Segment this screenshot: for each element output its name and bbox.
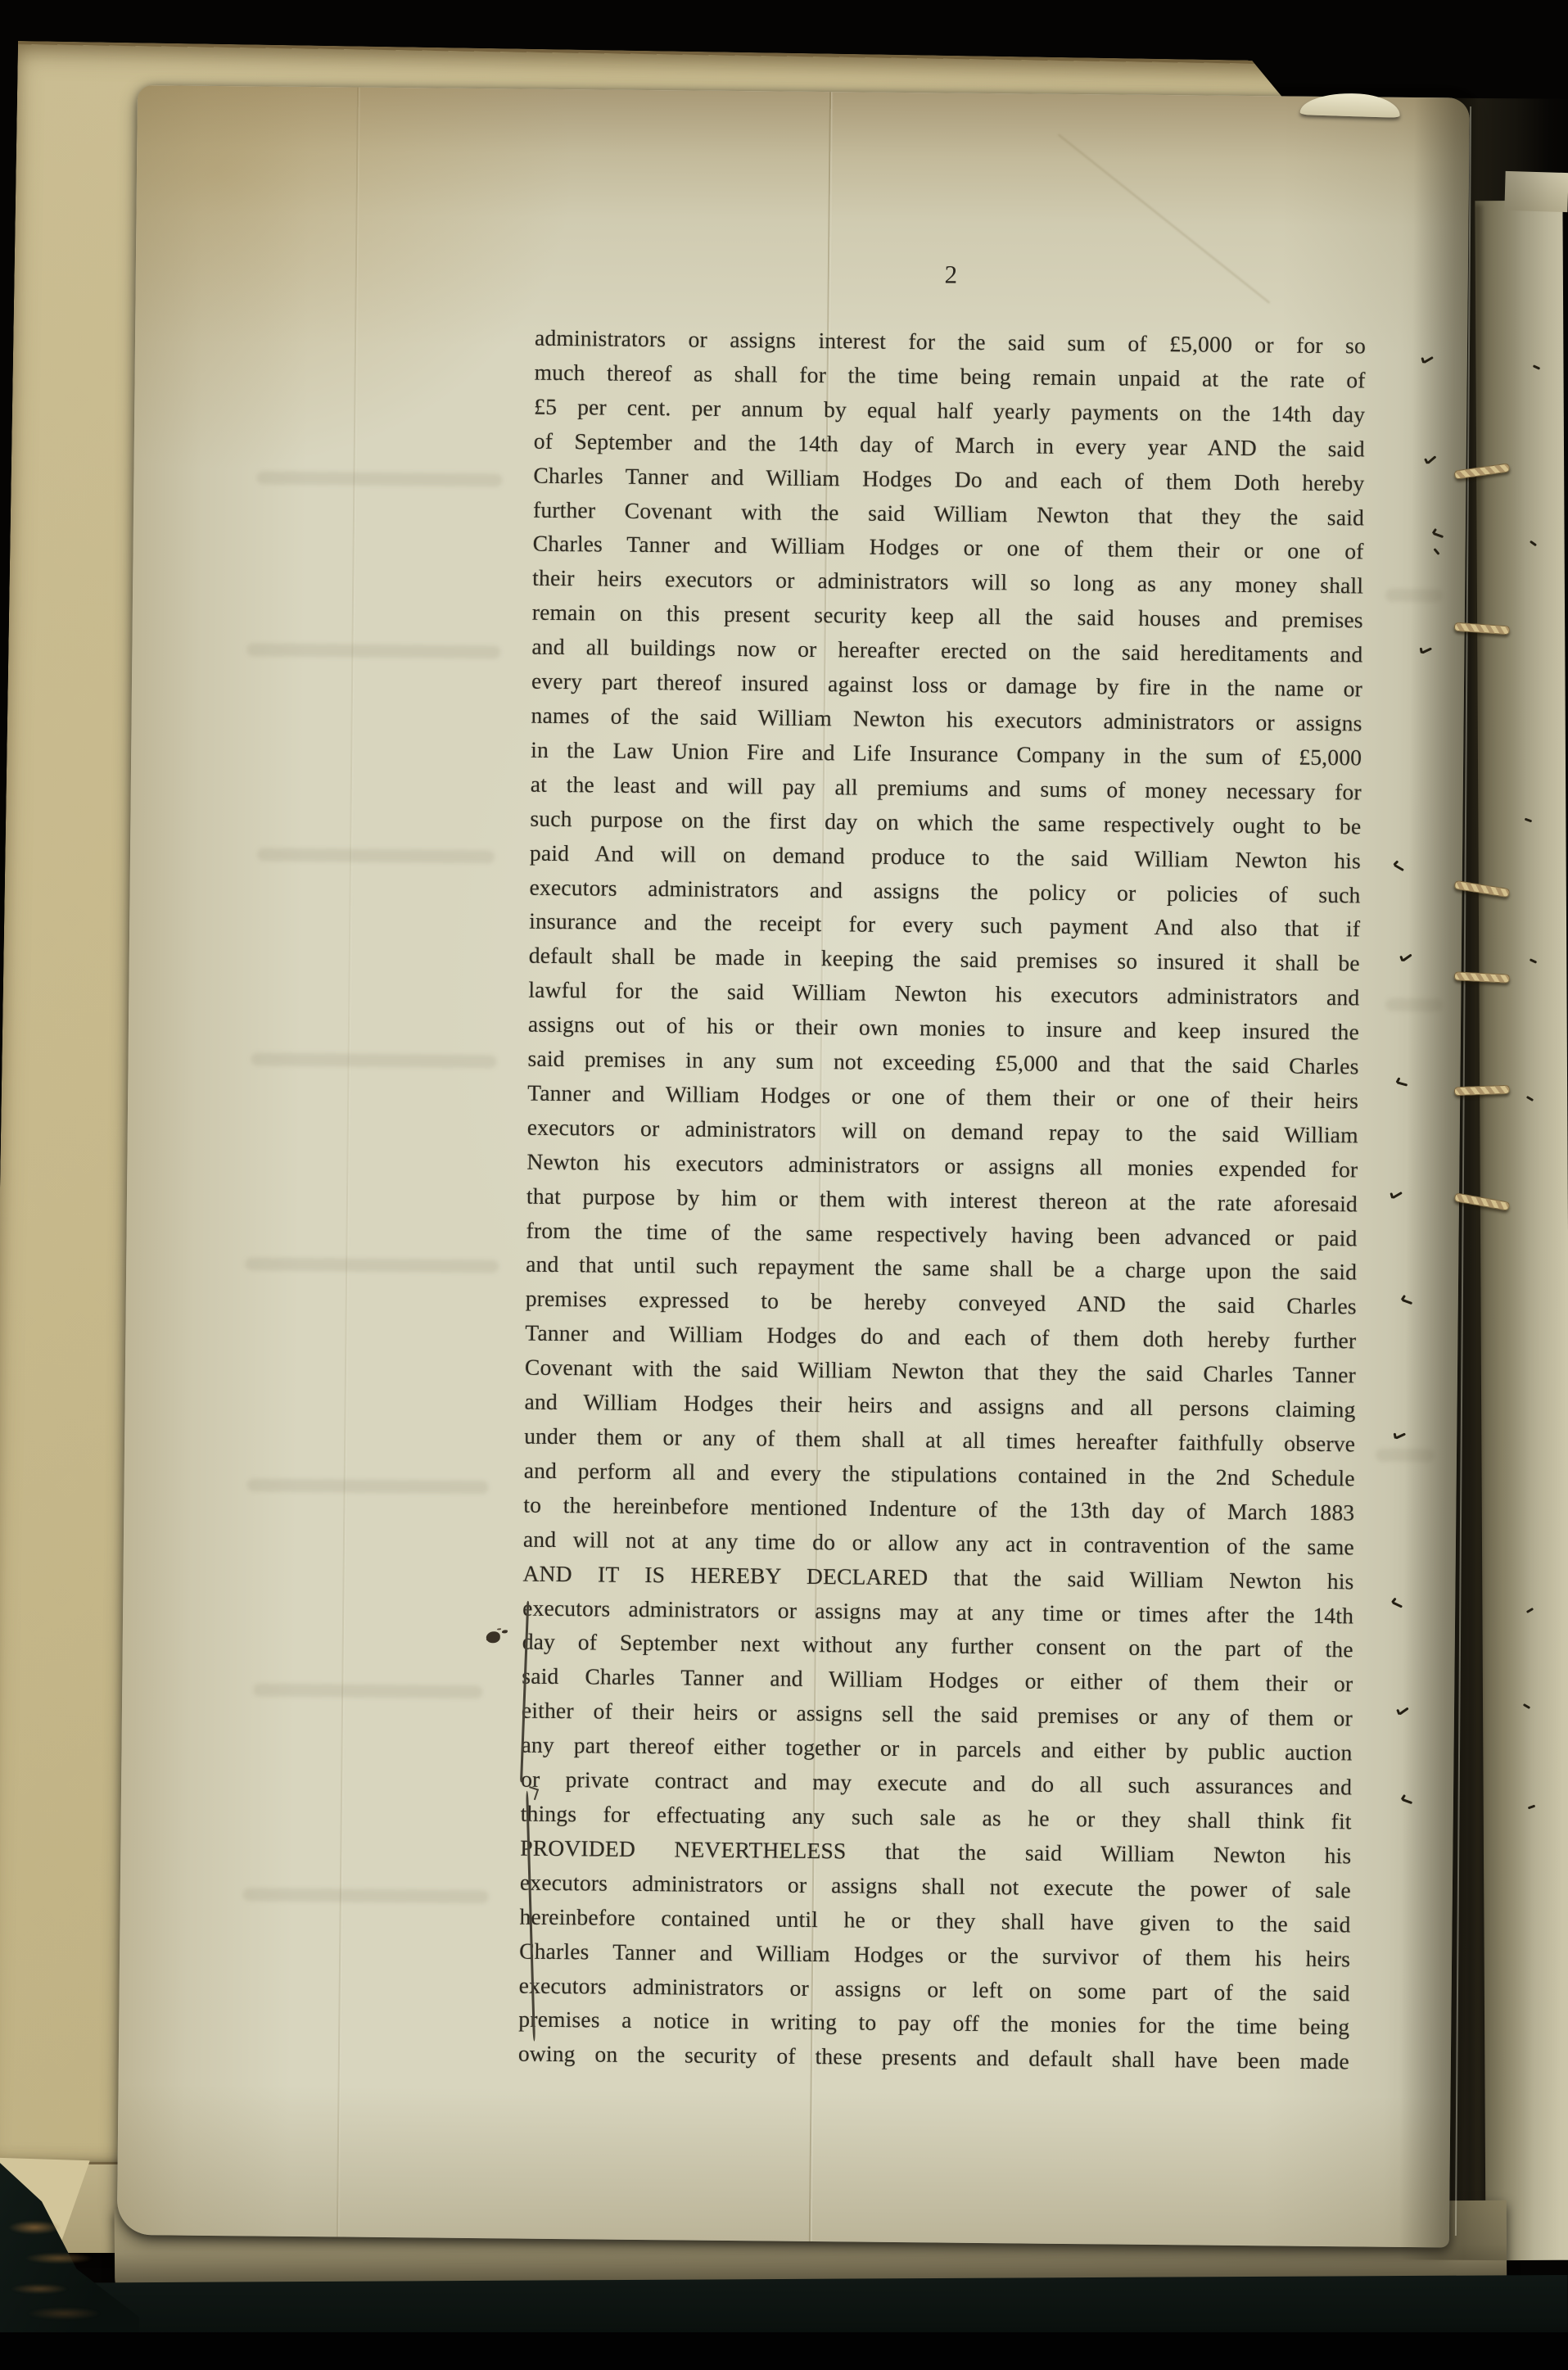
book-leaves-shadow [1474,205,1482,2219]
marbled-leather-texture [5,2203,103,2326]
document-page: 2 administrators or assigns interest for… [117,85,1470,2247]
ink-blot [486,1631,500,1643]
text-showthrough [256,471,502,486]
book-leaves-edge-top [1504,171,1568,212]
book-leaves-edge [1475,201,1568,2261]
text-showthrough [246,643,500,658]
text-showthrough [247,1478,489,1494]
text-showthrough [243,1888,489,1903]
scanned-document-photo: 2 administrators or assigns interest for… [0,0,1568,2370]
background-bottom [0,2332,1568,2370]
text-line: owing on the security of these presents … [518,2037,1349,2079]
text-showthrough [253,1683,482,1698]
text-showthrough [1385,589,1443,603]
text-showthrough [1385,998,1443,1012]
text-showthrough [1376,1449,1435,1463]
text-showthrough [245,1257,499,1273]
stitch-thread [1454,971,1510,984]
text-lines: administrators or assigns interest for t… [518,321,1366,2079]
text-showthrough [251,1052,497,1068]
text-showthrough [257,848,495,863]
vertical-crease [337,88,359,2237]
page-number: 2 [535,256,1367,294]
